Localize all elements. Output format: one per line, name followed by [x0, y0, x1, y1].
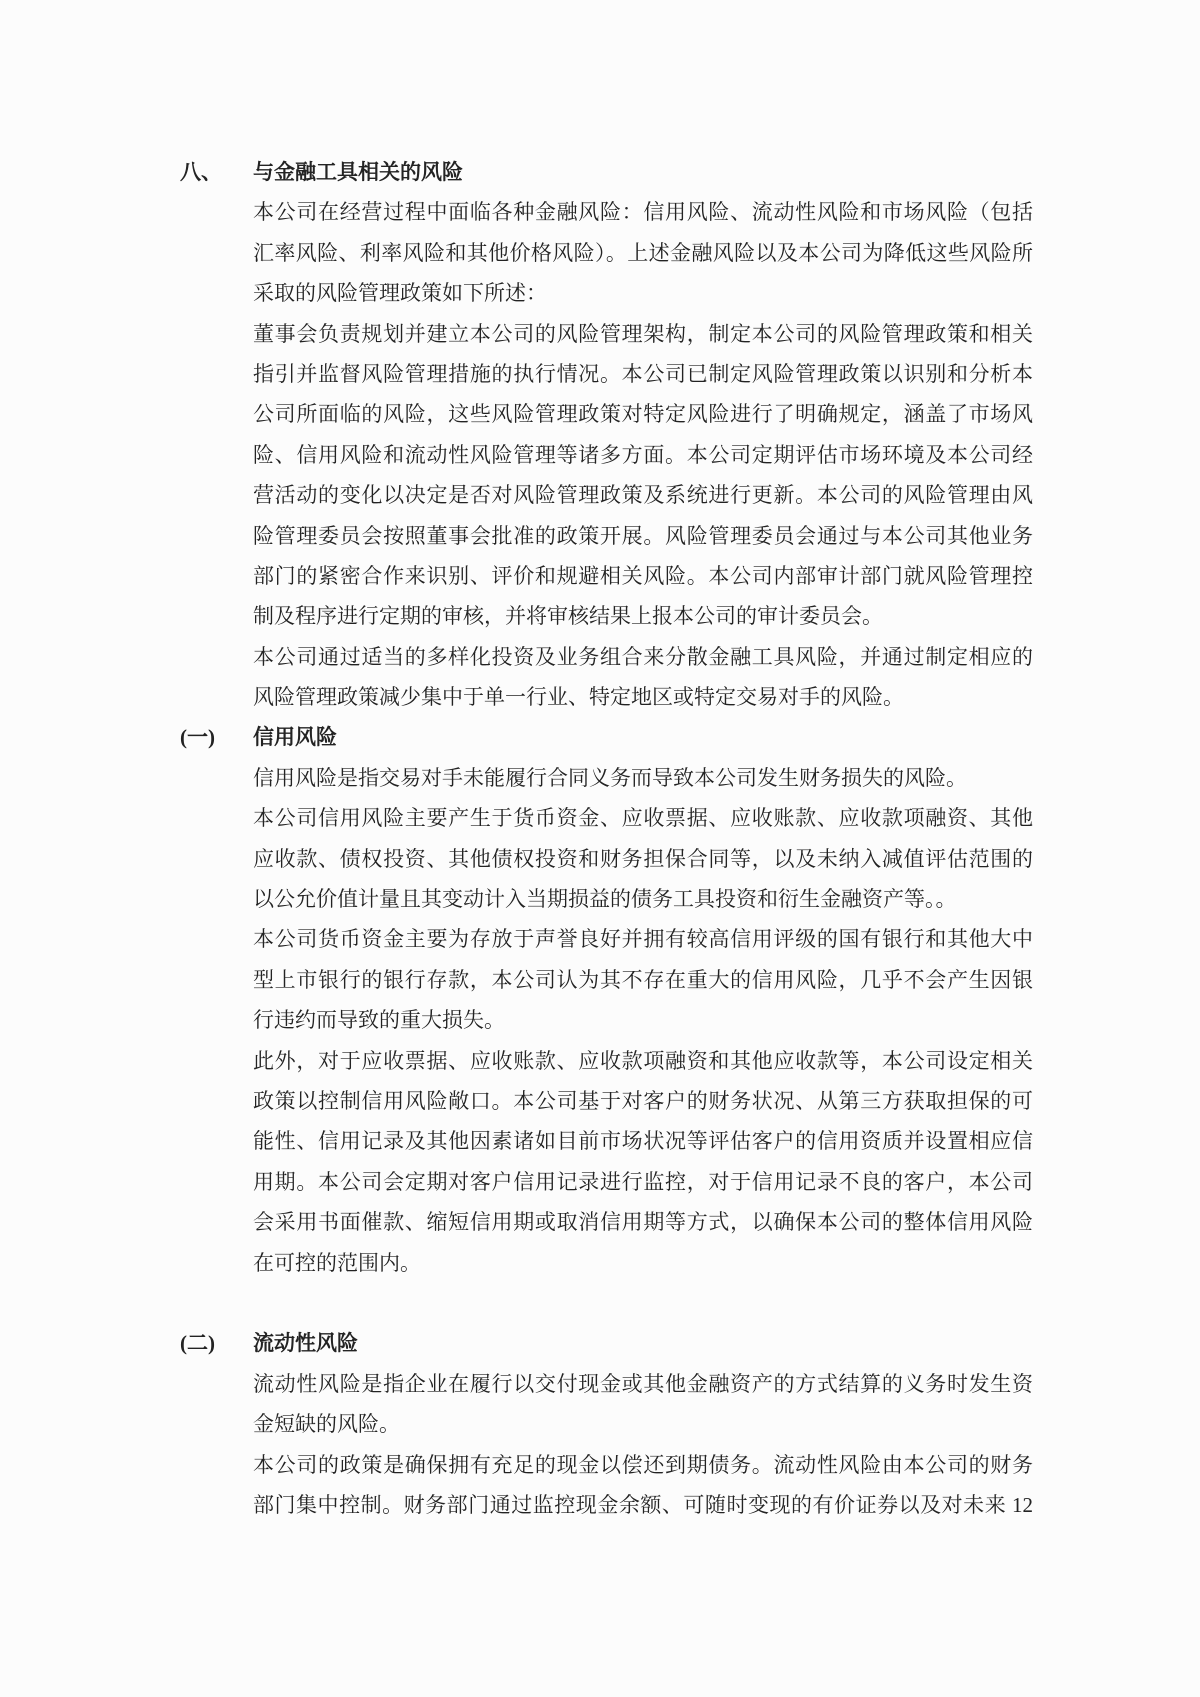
- paragraph-line: 公司所面临的风险，这些风险管理政策对特定风险进行了明确规定，涵盖了市场风: [253, 394, 1033, 434]
- section-title: 流动性风险: [253, 1331, 358, 1355]
- paragraph-line: 制及程序进行定期的审核，并将审核结果上报本公司的审计委员会。: [253, 596, 1033, 636]
- paragraph-line: 型上市银行的银行存款，本公司认为其不存在重大的信用风险，几乎不会产生因银: [253, 960, 1033, 1000]
- paragraph-line: 用期。本公司会定期对客户信用记录进行监控，对于信用记录不良的客户，本公司: [253, 1162, 1033, 1202]
- paragraph-line: 董事会负责规划并建立本公司的风险管理架构，制定本公司的风险管理政策和相关: [253, 314, 1033, 354]
- paragraph-line: 采取的风险管理政策如下所述：: [253, 273, 1033, 313]
- paragraph-line: 在可控的范围内。: [253, 1243, 1033, 1283]
- paragraph-line: 本公司的政策是确保拥有充足的现金以偿还到期债务。流动性风险由本公司的财务: [253, 1445, 1033, 1485]
- section-heading: (一)信用风险: [253, 717, 1033, 757]
- section-title: 信用风险: [253, 725, 337, 749]
- paragraph-line: 应收款、债权投资、其他债权投资和财务担保合同等，以及未纳入减值评估范围的: [253, 839, 1033, 879]
- paragraph-line: 政策以控制信用风险敞口。本公司基于对客户的财务状况、从第三方获取担保的可: [253, 1081, 1033, 1121]
- section-number: 八、: [180, 152, 222, 192]
- paragraph-line: 会采用书面催款、缩短信用期或取消信用期等方式，以确保本公司的整体信用风险: [253, 1202, 1033, 1242]
- paragraph-line: 信用风险是指交易对手未能履行合同义务而导致本公司发生财务损失的风险。: [253, 758, 1033, 798]
- paragraph-line: 此外，对于应收票据、应收账款、应收款项融资和其他应收款等，本公司设定相关: [253, 1041, 1033, 1081]
- document-body: 八、与金融工具相关的风险本公司在经营过程中面临各种金融风险：信用风险、流动性风险…: [253, 152, 1033, 1525]
- section-heading: (二)流动性风险: [253, 1323, 1033, 1363]
- paragraph-line: 汇率风险、利率风险和其他价格风险）。上述金融风险以及本公司为降低这些风险所: [253, 233, 1033, 273]
- paragraph-line: 本公司通过适当的多样化投资及业务组合来分散金融工具风险，并通过制定相应的: [253, 637, 1033, 677]
- paragraph-line: 以公允价值计量且其变动计入当期损益的债务工具投资和衍生金融资产等。。: [253, 879, 1033, 919]
- document-page: 八、与金融工具相关的风险本公司在经营过程中面临各种金融风险：信用风险、流动性风险…: [0, 0, 1200, 1697]
- paragraph-line: 指引并监督风险管理措施的执行情况。本公司已制定风险管理政策以识别和分析本: [253, 354, 1033, 394]
- paragraph-line: 本公司信用风险主要产生于货币资金、应收票据、应收账款、应收款项融资、其他: [253, 798, 1033, 838]
- paragraph-line: 本公司在经营过程中面临各种金融风险：信用风险、流动性风险和市场风险（包括: [253, 192, 1033, 232]
- section-heading: 八、与金融工具相关的风险: [253, 152, 1033, 192]
- paragraph-line: 营活动的变化以决定是否对风险管理政策及系统进行更新。本公司的风险管理由风: [253, 475, 1033, 515]
- paragraph-line: 流动性风险是指企业在履行以交付现金或其他金融资产的方式结算的义务时发生资: [253, 1364, 1033, 1404]
- section-number: (二): [180, 1323, 215, 1363]
- paragraph-line: 行违约而导致的重大损失。: [253, 1000, 1033, 1040]
- paragraph-line: 险管理委员会按照董事会批准的政策开展。风险管理委员会通过与本公司其他业务: [253, 516, 1033, 556]
- paragraph-line: 部门的紧密合作来识别、评价和规避相关风险。本公司内部审计部门就风险管理控: [253, 556, 1033, 596]
- blank-line: [253, 1283, 1033, 1323]
- paragraph-line: 风险管理政策减少集中于单一行业、特定地区或特定交易对手的风险。: [253, 677, 1033, 717]
- paragraph-line: 险、信用风险和流动性风险管理等诸多方面。本公司定期评估市场环境及本公司经: [253, 435, 1033, 475]
- section-title: 与金融工具相关的风险: [253, 160, 463, 184]
- paragraph-line: 部门集中控制。财务部门通过监控现金余额、可随时变现的有价证券以及对未来 12: [253, 1485, 1033, 1525]
- paragraph-line: 本公司货币资金主要为存放于声誉良好并拥有较高信用评级的国有银行和其他大中: [253, 919, 1033, 959]
- section-number: (一): [180, 717, 215, 757]
- paragraph-line: 金短缺的风险。: [253, 1404, 1033, 1444]
- paragraph-line: 能性、信用记录及其他因素诸如目前市场状况等评估客户的信用资质并设置相应信: [253, 1121, 1033, 1161]
